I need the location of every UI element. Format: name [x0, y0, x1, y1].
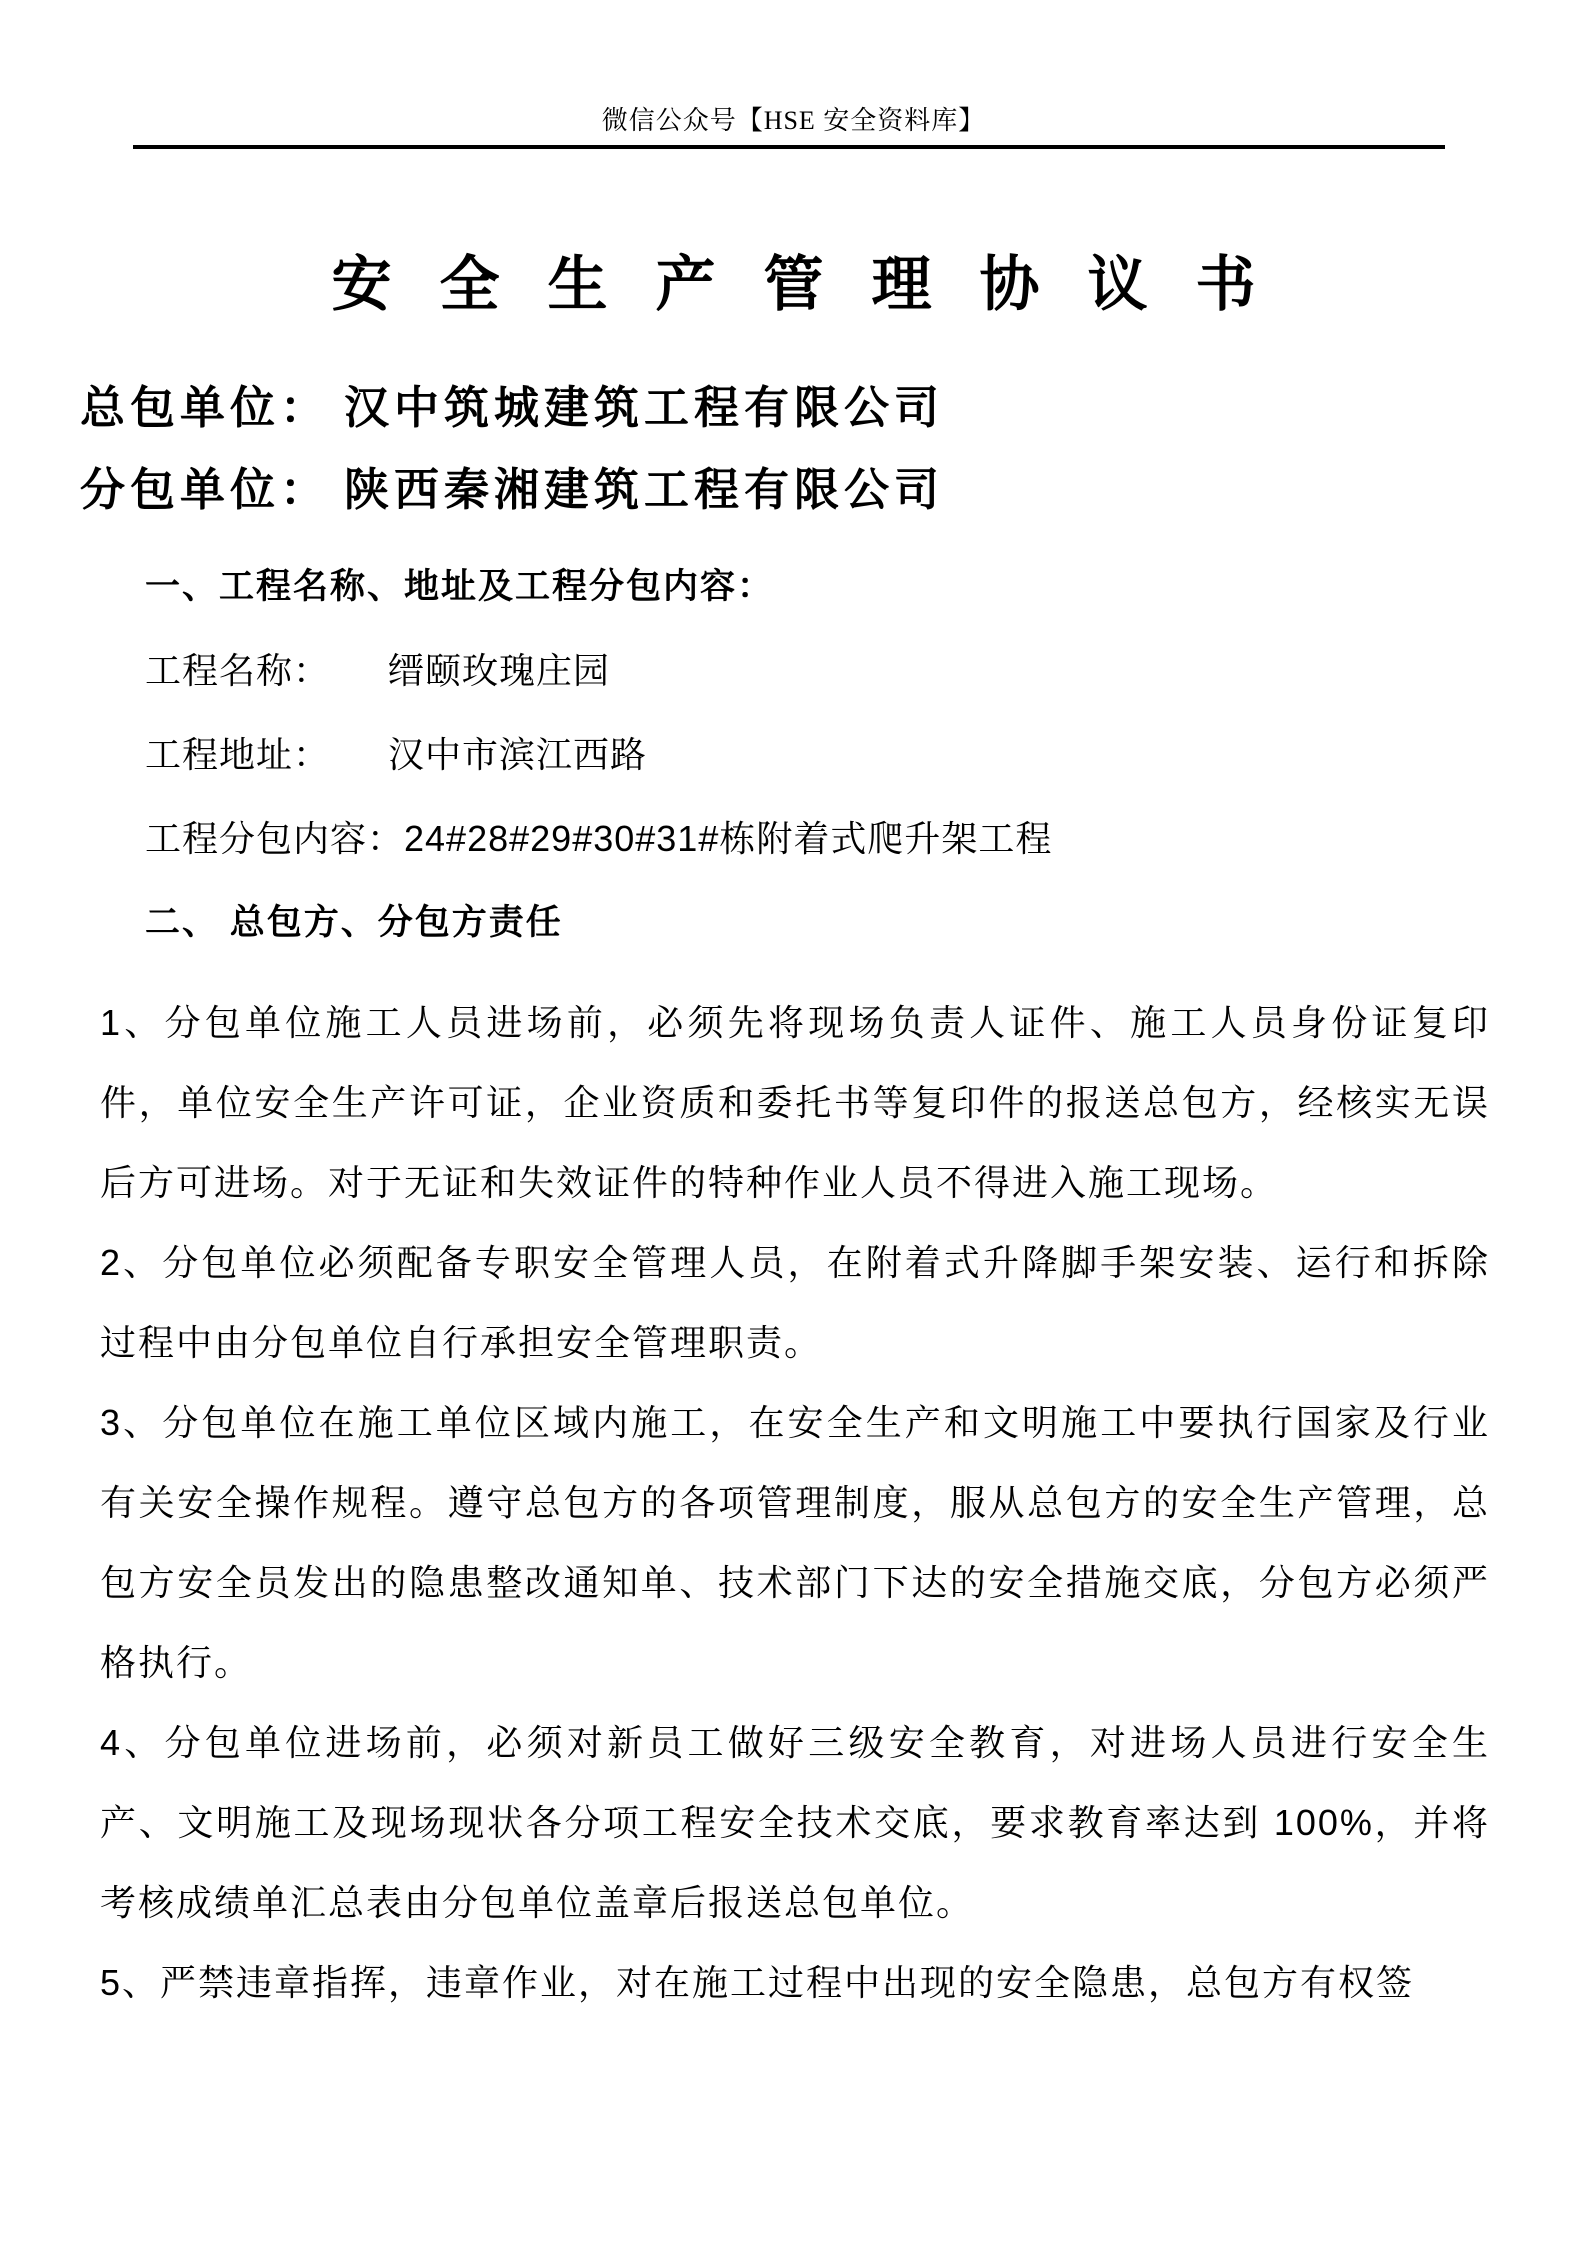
subcontractor-line: 分包单位：陕西秦湘建筑工程有限公司	[80, 449, 1527, 531]
project-address-line: 工程地址：汉中市滨江西路	[145, 733, 1487, 777]
document-title: 安全生产管理协议书	[0, 249, 1587, 321]
clauses-block: 1、分包单位施工人员进场前，必须先将现场负责人证件、施工人员身份证复印件，单位安…	[100, 983, 1490, 2023]
project-address-label: 工程地址：	[145, 734, 330, 775]
document-page: 微信公众号【HSE 安全资料库】 安全生产管理协议书 总包单位：汉中筑城建筑工程…	[0, 0, 1587, 2245]
header-divider	[133, 145, 1445, 149]
subcontract-scope-line: 工程分包内容：24#28#29#30#31#栋附着式爬升架工程	[145, 817, 1487, 861]
general-contractor-line: 总包单位：汉中筑城建筑工程有限公司	[80, 367, 1527, 449]
clause-paragraph-1: 1、分包单位施工人员进场前，必须先将现场负责人证件、施工人员身份证复印件，单位安…	[100, 983, 1490, 1223]
clause-paragraph-3: 3、分包单位在施工单位区域内施工，在安全生产和文明施工中要执行国家及行业有关安全…	[100, 1383, 1490, 1703]
section-1-heading: 一、工程名称、地址及工程分包内容：	[145, 565, 1487, 609]
general-contractor-label: 总包单位：	[80, 383, 330, 433]
project-name-value: 缙颐玫瑰庄园	[388, 650, 610, 691]
subcontract-scope-label: 工程分包内容：	[145, 818, 404, 859]
subcontractor-label: 分包单位：	[80, 465, 330, 515]
subcontract-scope-value: 24#28#29#30#31#栋附着式爬升架工程	[404, 818, 1052, 859]
header-watermark-text: 微信公众号【HSE 安全资料库】	[0, 106, 1587, 136]
parties-block: 总包单位：汉中筑城建筑工程有限公司 分包单位：陕西秦湘建筑工程有限公司	[80, 367, 1527, 531]
project-name-label: 工程名称：	[145, 650, 330, 691]
section-2-heading: 二、 总包方、分包方责任	[145, 901, 1487, 945]
project-address-value: 汉中市滨江西路	[388, 734, 647, 775]
project-name-line: 工程名称：缙颐玫瑰庄园	[145, 649, 1487, 693]
clause-paragraph-4: 4、分包单位进场前，必须对新员工做好三级安全教育，对进场人员进行安全生产、文明施…	[100, 1703, 1490, 1943]
clause-paragraph-5: 5、严禁违章指挥，违章作业，对在施工过程中出现的安全隐患，总包方有权签	[100, 1943, 1490, 2023]
page-header: 微信公众号【HSE 安全资料库】	[0, 0, 1587, 149]
general-contractor-name: 汉中筑城建筑工程有限公司	[344, 383, 944, 433]
subcontractor-name: 陕西秦湘建筑工程有限公司	[344, 465, 944, 515]
clause-paragraph-2: 2、分包单位必须配备专职安全管理人员，在附着式升降脚手架安装、运行和拆除过程中由…	[100, 1223, 1490, 1383]
